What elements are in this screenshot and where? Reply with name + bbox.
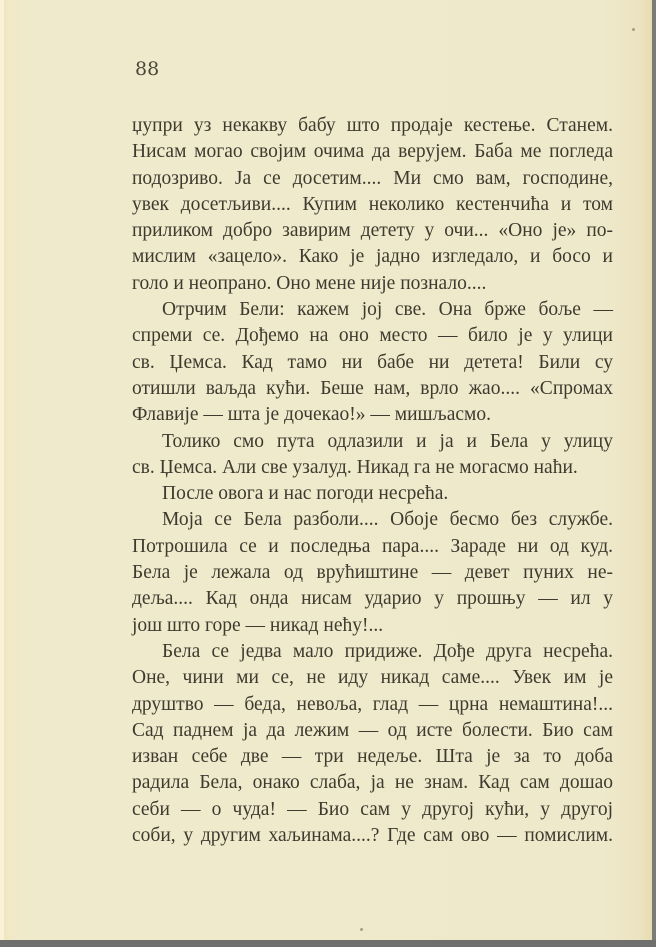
book-page: 88 џупри уз некакву бабу што продаје кес…: [0, 0, 652, 940]
text-line: Моја се Бела разболи.... Обоје бесмо без…: [132, 507, 613, 533]
paper-speck: [360, 928, 363, 931]
text-line: увек досетљиви.... Купим неколико кестен…: [132, 192, 613, 218]
text-line: још што горе — никад нећу!...: [132, 613, 613, 639]
text-line: друштво — беда, невоља, глад — црна нема…: [132, 692, 613, 718]
text-line: Оне, чини ми се, не иду никад саме.... У…: [132, 665, 613, 691]
text-line: мислим «зацело». Како је јадно изгледало…: [132, 244, 613, 270]
text-line: спреми се. Дођемо на оно место — било је…: [132, 323, 613, 349]
text-line: св. Џемса. Али све узалуд. Никад га не м…: [132, 455, 613, 481]
text-line: себи — о чуда! — Био сам у другој кући, …: [132, 797, 613, 823]
text-line: После овога и нас погоди несрећа.: [132, 481, 613, 507]
page-body-text: џупри уз некакву бабу што продаје кестењ…: [132, 113, 613, 849]
paper-speck: [632, 28, 635, 31]
page-number: 88: [135, 58, 159, 80]
page-left-edge: [0, 0, 4, 940]
text-line: радила Бела, онако слаба, ја не знам. Ка…: [132, 770, 613, 796]
text-line: приликом добро завирим детету у очи... «…: [132, 218, 613, 244]
text-line: голо и неопрано. Оно мене није познало..…: [132, 271, 613, 297]
text-line: св. Џемса. Кад тамо ни бабе ни детета! Б…: [132, 350, 613, 376]
text-line: деља.... Кад онда нисам ударио у прошњу …: [132, 586, 613, 612]
text-line: соби, у другим хаљинама....? Где сам ово…: [132, 823, 613, 849]
text-line: Бела се једва мало придиже. Дође друга н…: [132, 639, 613, 665]
text-line: отишли ваљда кући. Беше нам, врло жао...…: [132, 376, 613, 402]
text-line: Бела је лежала од врућиштине — девет пун…: [132, 560, 613, 586]
text-line: Толико смо пута одлазили и ја и Бела у у…: [132, 429, 613, 455]
text-line: Нисам могао својим очима да верујем. Баб…: [132, 139, 613, 165]
text-line: Потрошила се и последња пара.... Зараде …: [132, 534, 613, 560]
text-line: Отрчим Бели: кажем јој све. Она брже бољ…: [132, 297, 613, 323]
text-line: џупри уз некакву бабу што продаје кестењ…: [132, 113, 613, 139]
text-line: изван себе две — три недеље. Шта је за т…: [132, 744, 613, 770]
text-line: подозриво. Ја се досетим.... Ми смо вам,…: [132, 166, 613, 192]
scan-bottom-strip: [0, 940, 656, 947]
text-line: Сад паднем ја да лежим — од исте болести…: [132, 718, 613, 744]
text-line: Флавије — шта је дочекао!» — мишљасмо.: [132, 402, 613, 428]
